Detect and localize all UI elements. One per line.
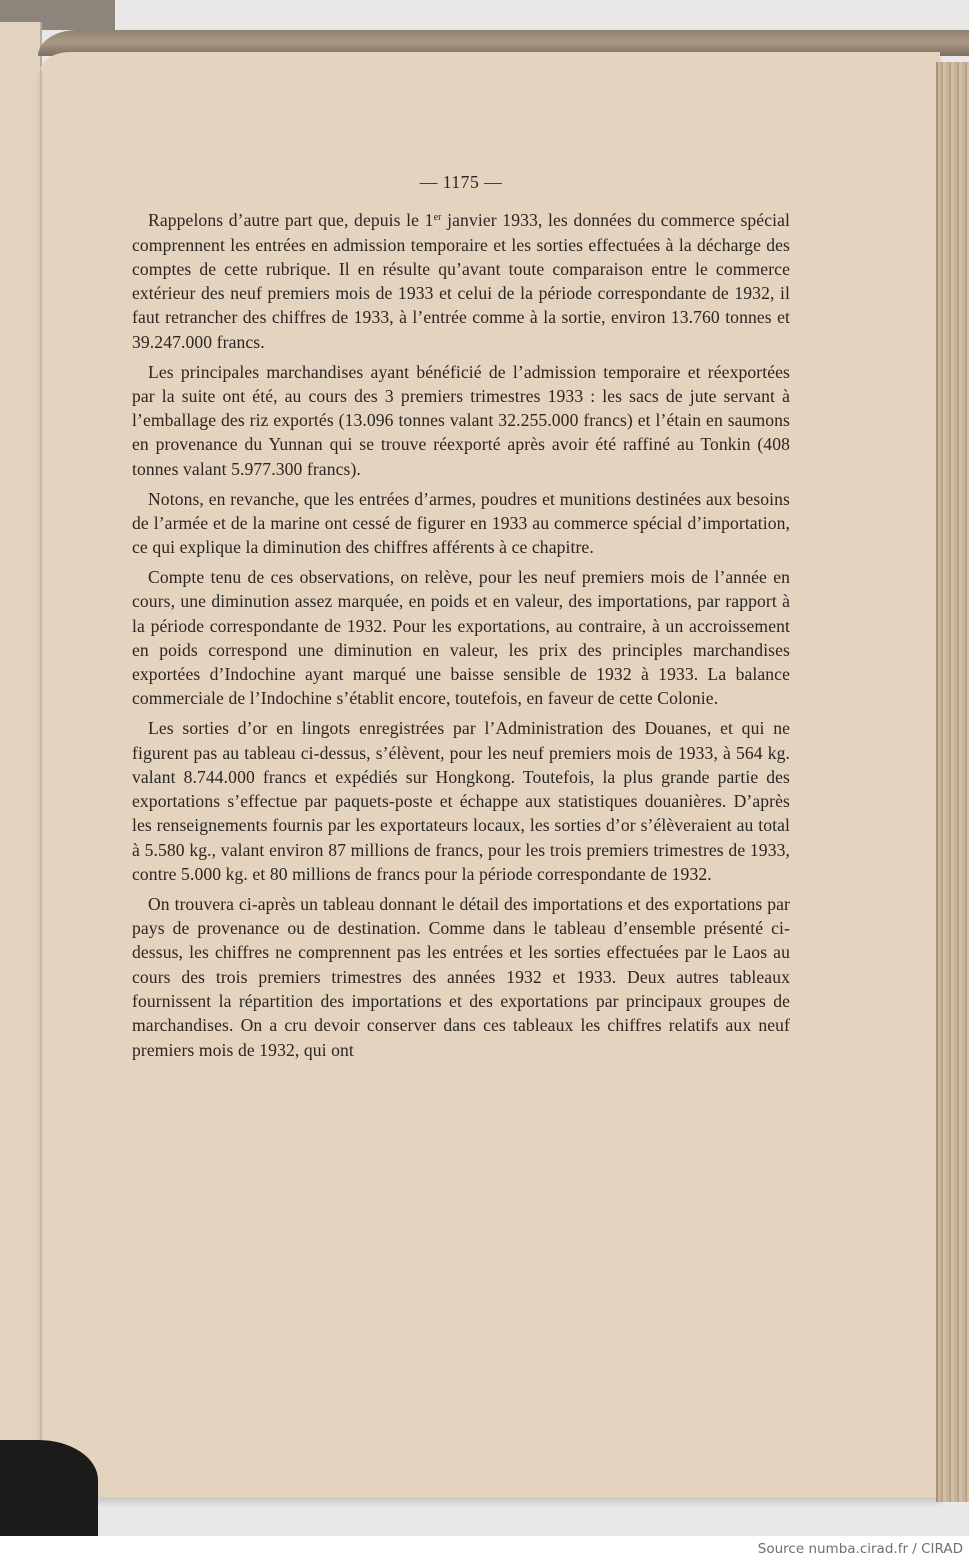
- left-page-edge: [0, 22, 42, 1457]
- page-stack-edge: [936, 62, 969, 1502]
- source-credit: Source numba.cirad.fr / CIRAD: [758, 1541, 963, 1557]
- paragraph-5: Les sorties d’or en lingots enregistrées…: [132, 716, 790, 886]
- paragraph-4: Compte tenu de ces observations, on relè…: [132, 565, 790, 711]
- paragraph-2: Les principales marchandises ayant bénéf…: [132, 360, 790, 481]
- binding-cloth-bottom: [0, 1440, 98, 1536]
- paragraph-1: Rappelons d’autre part que, depuis le 1e…: [132, 208, 790, 354]
- superscript-er: er: [434, 212, 442, 223]
- gutter-shadow: [40, 70, 43, 1460]
- page-text: — 1175 — Rappelons d’autre part que, dep…: [132, 170, 790, 1067]
- paragraph-6: On trouvera ci-après un tableau donnant …: [132, 892, 790, 1062]
- paragraph-1-text-b: janvier 1933, les données du commerce sp…: [132, 210, 790, 351]
- paragraph-1-text-a: Rappelons d’autre part que, depuis le 1: [148, 210, 434, 230]
- page-number: — 1175 —: [132, 170, 790, 194]
- paragraph-3: Notons, en revanche, que les entrées d’a…: [132, 487, 790, 560]
